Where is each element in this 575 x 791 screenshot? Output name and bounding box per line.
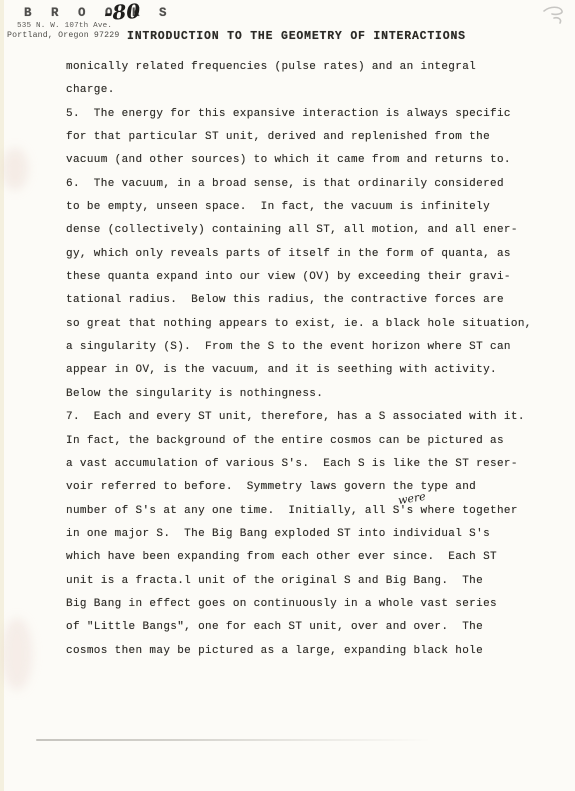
text-line: dense (collectively) containing all ST, … <box>66 219 541 242</box>
text-line: a vast accumulation of various S's. Each… <box>66 453 541 476</box>
text-line: to be empty, unseen space. In fact, the … <box>66 196 541 219</box>
text-line: appear in OV, is the vacuum, and it is s… <box>66 359 541 382</box>
text-line: monically related frequencies (pulse rat… <box>66 56 541 79</box>
text-line: a singularity (S). From the S to the eve… <box>66 336 541 359</box>
scanned-document-page: B R O O K S 535 N. W. 107th Ave. Portlan… <box>0 0 575 791</box>
text-line: Below the singularity is nothingness. <box>66 383 541 406</box>
text-line: voir referred to before. Symmetry laws g… <box>66 476 541 499</box>
text-line: tational radius. Below this radius, the … <box>66 289 541 312</box>
text-line: 6. The vacuum, in a broad sense, is that… <box>66 173 541 196</box>
pencil-squiggle-mark <box>540 3 572 33</box>
scan-artifact-line <box>36 739 431 741</box>
letterhead-address-line2: Portland, Oregon 97229 <box>7 31 120 40</box>
text-line: vacuum (and other sources) to which it c… <box>66 149 541 172</box>
text-line: in one major S. The Big Bang exploded ST… <box>66 523 541 546</box>
letterhead-address-line1: 535 N. W. 107th Ave. <box>17 22 112 30</box>
handwritten-page-number: -80 <box>103 0 141 25</box>
text-line: Big Bang in effect goes on continuously … <box>66 593 541 616</box>
scan-smudge <box>2 148 28 190</box>
text-line: gy, which only reveals parts of itself i… <box>66 243 541 266</box>
text-line: unit is a fracta.l unit of the original … <box>66 570 541 593</box>
scan-smudge <box>2 618 32 690</box>
text-line: which have been expanding from each othe… <box>66 546 541 569</box>
scan-edge-strip <box>0 0 4 791</box>
text-line: number of S's at any one time. Initially… <box>66 500 541 523</box>
text-line: charge. <box>66 79 541 102</box>
page-title: INTRODUCTION TO THE GEOMETRY OF INTERACT… <box>127 30 466 43</box>
text-line: these quanta expand into our view (OV) b… <box>66 266 541 289</box>
text-line: for that particular ST unit, derived and… <box>66 126 541 149</box>
text-line: of "Little Bangs", one for each ST unit,… <box>66 616 541 639</box>
text-line: 5. The energy for this expansive interac… <box>66 103 541 126</box>
letterhead-name-stamp: B R O O K S <box>24 6 173 20</box>
text-line: 7. Each and every ST unit, therefore, ha… <box>66 406 541 429</box>
typed-body-text: monically related frequencies (pulse rat… <box>66 56 541 663</box>
text-line: so great that nothing appears to exist, … <box>66 313 541 336</box>
text-line: In fact, the background of the entire co… <box>66 430 541 453</box>
text-line: cosmos then may be pictured as a large, … <box>66 640 541 663</box>
